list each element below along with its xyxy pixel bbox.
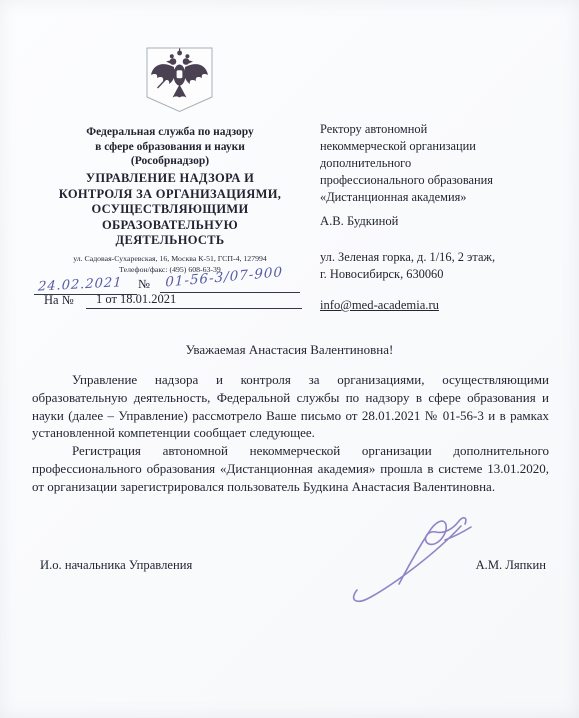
addressee-address: ул. Зеленая горка, д. 1/16, 2 этаж, г. Н… <box>320 249 555 283</box>
number-sign-label: № <box>138 277 150 292</box>
department-name: УПРАВЛЕНИЕ НАДЗОРА И КОНТРОЛЯ ЗА ОРГАНИЗ… <box>30 171 310 249</box>
signer-name: А.М. Ляпкин <box>476 558 546 573</box>
department-name-line: ОБРАЗОВАТЕЛЬНУЮ <box>30 218 310 234</box>
addressee-line: профессионального образования <box>320 172 555 189</box>
reply-ref-value: 1 от 18.01.2021 <box>96 292 176 307</box>
department-name-line: УПРАВЛЕНИЕ НАДЗОРА И <box>30 171 310 187</box>
reply-ref-underline <box>86 308 302 309</box>
addressee-address-line: ул. Зеленая горка, д. 1/16, 2 этаж, <box>320 249 555 266</box>
coat-of-arms-double-headed-eagle-icon <box>146 47 213 113</box>
agency-name-line: (Рособрнадзор) <box>30 154 310 169</box>
salutation: Уважаемая Анастасия Валентиновна! <box>30 342 549 358</box>
addressee-line: Ректору автономной <box>320 121 555 138</box>
emblem-box <box>146 47 213 113</box>
addressee-line: дополнительного <box>320 155 555 172</box>
addressee-name: А.В. Будкиной <box>320 214 398 229</box>
signer-position: И.о. начальника Управления <box>40 558 192 573</box>
addressee-address-line: г. Новосибирск, 630060 <box>320 266 555 283</box>
body-paragraph: Регистрация автономной некоммерческой ор… <box>32 442 549 495</box>
addressee-line: некоммерческой организации <box>320 138 555 155</box>
department-name-line: КОНТРОЛЯ ЗА ОРГАНИЗАЦИЯМИ, <box>30 187 310 203</box>
org-address: ул. Садовая-Сухаревская, 16, Москва К-51… <box>30 254 310 265</box>
handwritten-signature <box>345 510 483 608</box>
department-name-line: ОСУЩЕСТВЛЯЮЩИМИ <box>30 202 310 218</box>
letter-body: Управление надзора и контроля за организ… <box>32 371 549 496</box>
letter-page: Федеральная служба по надзору в сфере об… <box>0 0 579 718</box>
number-underline <box>160 292 300 293</box>
body-paragraph: Управление надзора и контроля за организ… <box>32 371 549 442</box>
reply-ref-label: На № <box>44 293 74 308</box>
agency-name-line: в сфере образования и науки <box>30 140 310 155</box>
agency-name: Федеральная служба по надзору в сфере об… <box>30 125 310 169</box>
addressee-email-text: info@med-academia.ru <box>320 298 439 313</box>
agency-name-line: Федеральная служба по надзору <box>30 125 310 140</box>
addressee-block: Ректору автономной некоммерческой органи… <box>320 121 555 206</box>
department-name-line: ДЕЯТЕЛЬНОСТЬ <box>30 233 310 249</box>
addressee-line: «Дистанционная академия» <box>320 189 555 206</box>
